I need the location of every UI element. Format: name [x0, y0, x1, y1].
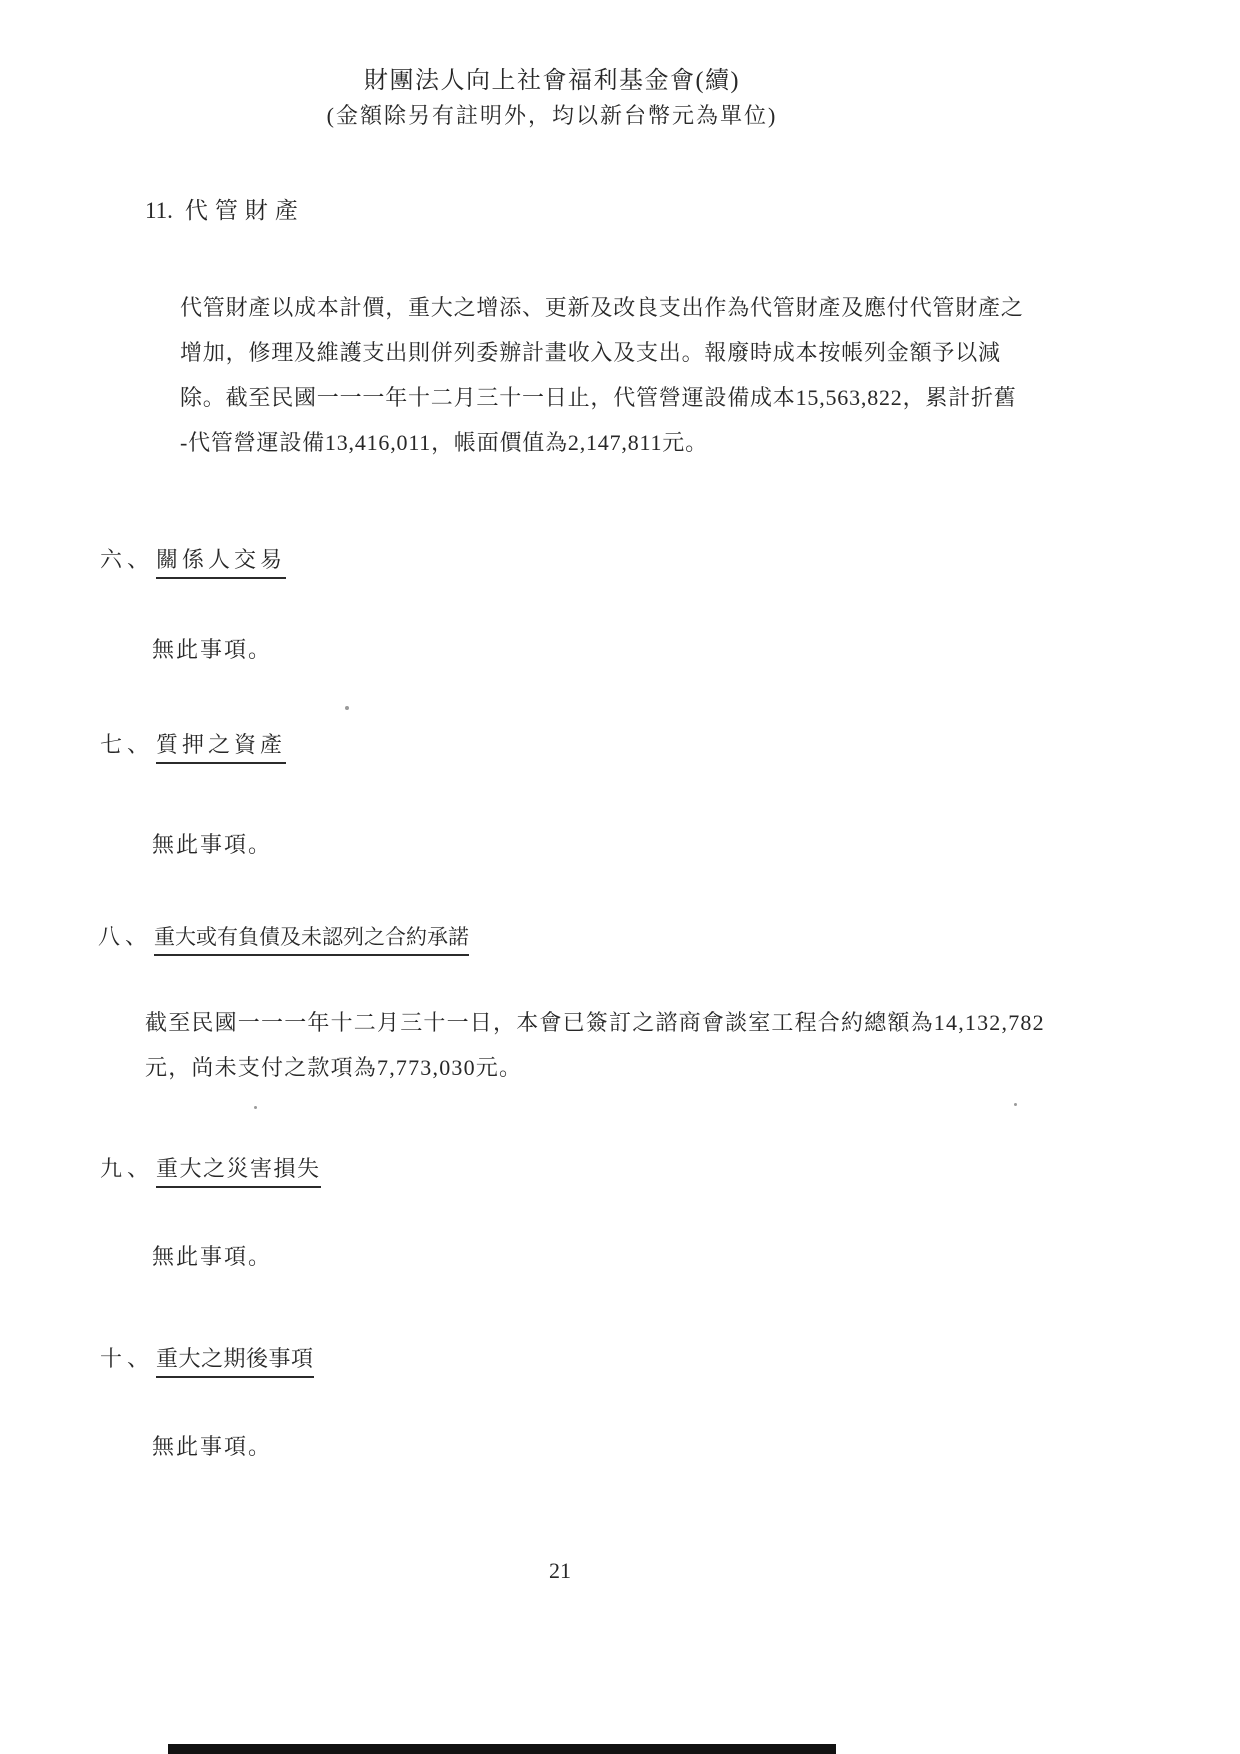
section-6-body: 無此事項。: [152, 633, 272, 664]
document-subtitle: (金額除另有註明外，均以新台幣元為單位): [0, 99, 1104, 130]
section-10-title: 重大之期後事項: [156, 1346, 314, 1378]
section-9-heading: 九、重大之災害損失: [100, 1152, 321, 1183]
section-10-number: 十、: [100, 1346, 154, 1371]
note-11-title: 代管財產: [185, 198, 305, 223]
scan-artifact-speck: [1014, 1103, 1017, 1106]
section-8-number: 八、: [98, 924, 152, 949]
section-9-body: 無此事項。: [152, 1240, 272, 1271]
section-6-title: 關係人交易: [156, 547, 286, 579]
paragraph-line: 截至民國一一一年十二月三十一日，本會已簽訂之諮商會談室工程合約總額為14,132…: [145, 1000, 1110, 1045]
note-11-number: 11.: [145, 198, 173, 223]
scan-artifact-speck: [345, 706, 349, 710]
section-8-title: 重大或有負債及未認列之合約承諾: [154, 925, 469, 956]
section-7-number: 七、: [100, 732, 154, 757]
paragraph-line: 代管財產以成本計價，重大之增添、更新及改良支出作為代管財產及應付代管財產之: [180, 285, 1040, 330]
section-9-title: 重大之災害損失: [156, 1156, 321, 1188]
section-8-paragraph: 截至民國一一一年十二月三十一日，本會已簽訂之諮商會談室工程合約總額為14,132…: [145, 1000, 1110, 1090]
page-number: 21: [0, 1558, 1120, 1584]
document-title: 財團法人向上社會福利基金會(續): [0, 60, 1104, 95]
section-6-heading: 六、關係人交易: [100, 543, 286, 574]
section-9-number: 九、: [100, 1156, 154, 1181]
scan-artifact-speck: [254, 1106, 257, 1109]
paragraph-line: 除。截至民國一一一年十二月三十一日止，代管營運設備成本15,563,822，累計…: [180, 375, 1040, 420]
section-7-heading: 七、質押之資產: [100, 728, 286, 759]
paragraph-line: -代管營運設備13,416,011，帳面價值為2,147,811元。: [180, 420, 1040, 465]
section-7-body: 無此事項。: [152, 828, 272, 859]
section-10-body: 無此事項。: [152, 1430, 272, 1461]
paragraph-line: 增加，修理及維護支出則併列委辦計畫收入及支出。報廢時成本按帳列金額予以減: [180, 330, 1040, 375]
section-6-number: 六、: [100, 547, 154, 572]
scan-artifact-bar: [168, 1744, 836, 1754]
section-7-title: 質押之資產: [156, 732, 286, 764]
paragraph-line: 元，尚未支付之款項為7,773,030元。: [145, 1045, 1110, 1090]
section-8-heading: 八、重大或有負債及未認列之合約承諾: [98, 920, 469, 951]
note-11-paragraph: 代管財產以成本計價，重大之增添、更新及改良支出作為代管財產及應付代管財產之 增加…: [180, 285, 1040, 465]
section-10-heading: 十、重大之期後事項: [100, 1342, 314, 1373]
note-11-heading: 11.代管財產: [145, 192, 305, 225]
scanned-document-page: 財團法人向上社會福利基金會(續) (金額除另有註明外，均以新台幣元為單位) 11…: [0, 0, 1240, 1754]
